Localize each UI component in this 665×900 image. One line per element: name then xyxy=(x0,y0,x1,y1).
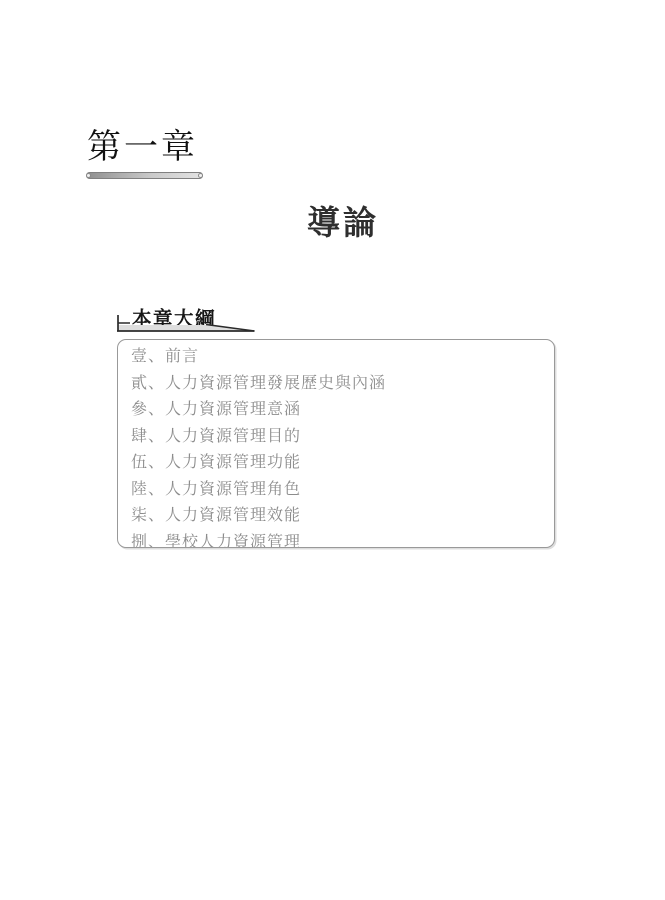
rule-endcap-left xyxy=(86,173,91,178)
page-title: 導論 xyxy=(118,197,568,244)
outline-item: 壹、前言 xyxy=(131,343,546,370)
outline-item: 陸、人力資源管理角色 xyxy=(131,476,546,503)
outline-item: 貳、人力資源管理發展歷史與內涵 xyxy=(131,370,546,397)
chapter-rule-bar xyxy=(86,172,203,179)
outline-label-swoosh-icon xyxy=(116,313,256,333)
outline-box: 壹、前言 貳、人力資源管理發展歷史與內涵 參、人力資源管理意涵 肆、人力資源管理… xyxy=(117,339,555,548)
book-page: 第一章 導論 本章大綱 壹、前言 貳、人力資源管理發展歷史與內涵 參、人力資源管… xyxy=(0,0,665,900)
outline-item: 伍、人力資源管理功能 xyxy=(131,449,546,476)
outline-item: 捌、學校人力資源管理 xyxy=(131,529,546,549)
outline-item: 肆、人力資源管理目的 xyxy=(131,423,546,450)
chapter-heading: 第一章 xyxy=(87,129,198,166)
rule-endcap-right xyxy=(198,173,203,178)
outline-item: 柒、人力資源管理效能 xyxy=(131,502,546,529)
outline-item: 參、人力資源管理意涵 xyxy=(131,396,546,423)
